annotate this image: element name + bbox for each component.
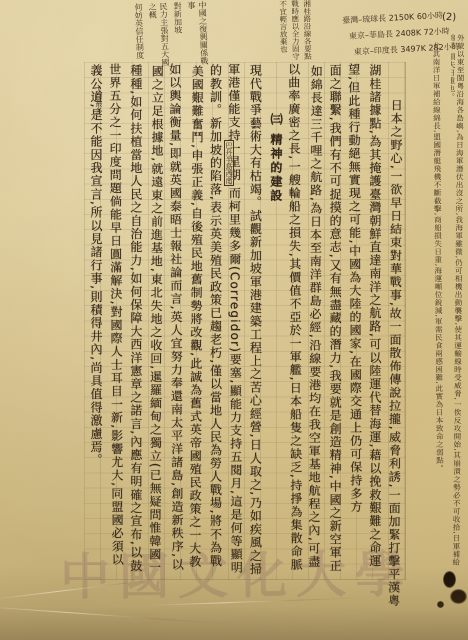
text-column: 如綿長達三千哩之航路,為日本至南洋群島必經,沿線要港均在我空軍基地航程之內,可盡… xyxy=(304,65,326,577)
annotation-column: 不宜輕言放棄也 xyxy=(277,0,288,60)
annotation-left-group: 中國之復興關係戰事 對新加坡 民力主張對五大國之概 何妨英信任制度 xyxy=(133,1,210,70)
manuscript-body: 日本之野心,一欲早日結束對華戰事,故一面散佈傳說拉攏,威脅利誘,一面加緊打擊平漢… xyxy=(86,64,404,576)
annotation-column: 何妨英信任制度 xyxy=(133,3,146,69)
annotation-column: 湘桂路沿線各要點 xyxy=(301,0,312,60)
text-column: 湖桂諸據點,為其掩護臺灣朝鮮直達南洋之航路,可以陸運代替海運,藉以挽救艱難之命運 xyxy=(365,64,384,576)
text-column: 種種,如何扶植當地人民之自治能力,如何保障大西洋憲章之諾言,內應有明確之宣布,以… xyxy=(126,64,145,576)
text-column: 國之立足根據地,就遠東之前進基地,東北失地之收回,暹羅緬甸之獨立(已無疑問惟韓國… xyxy=(144,65,166,577)
annotation-column: 戰時應以全力固守 xyxy=(289,0,300,60)
text-column: 世界五分之一印度問題倘能早日圓滿解決,對國際人士耳目一新,影響尤大,同盟國必須以… xyxy=(105,63,127,575)
text-column: 如以輿論衡量,即就英國泰晤士報社論而言,英人宜努力奉還南太平洋諸島,創造新秩序,… xyxy=(164,63,186,575)
text-column: 義公道,是不能因我宣言,所以見諸行事,則積得井內,尚具值得激慮焉。 xyxy=(86,64,105,576)
margin-note-inner: 尤其南洋日軍補給線綿長,盟國潛艇飛機不斷截擊,商船損失日重,海運噸位銳減,軍需民… xyxy=(427,42,445,547)
margin-note-outer: 外蒙以東至閩粵沿海各島嶼,為日海軍潛伏出沒之所,我海軍雖微,仍可相機出動襲擊,使… xyxy=(447,34,466,574)
text-column: 現代戰爭藝術大有枯竭。試觀新加坡軍港建築工程上之苦心經營,日人取之,乃如疾風之掃… xyxy=(245,64,264,576)
text-column: 的教訓。新加坡的陷落,表示英美殖民政策已趨老朽,僅以當地人民為勞人戰場,將不為戰… xyxy=(206,64,225,576)
annotation-column: 中國之復興關係戰事 xyxy=(186,1,210,68)
section-heading-column: ㈢ 精神的建設 xyxy=(264,65,286,625)
text-column: 以曲率廣密之長,一艘輪船之損失,其價值不亞於一軍艦,日本船隻之缺乏,持掙為集散命… xyxy=(284,63,306,575)
annotation-column: 民力主張對五大國之概 xyxy=(147,2,171,69)
manuscript-page: 中國文化大學 日本之野心,一欲早日結束對華戰事,故一面散佈傳說拉攏,威脅利誘,一… xyxy=(0,0,468,640)
text-column: 面之聯繫,我們有不可捉摸的意志,又有無盡藏的潛力,我要就是創造精神,中國之新空軍… xyxy=(325,64,344,576)
paper-bottom-shade xyxy=(0,566,468,640)
inline-note-boxed: 巴丹半島西南 xyxy=(224,140,234,186)
annotation-column: 對新加坡 xyxy=(172,2,185,68)
text-column: 美國艱難奮鬥,申張正義,自後殖民地舊制勢將改觀,此誠為舊式英帝國殖民政策之一大教… xyxy=(184,65,206,577)
inline-note-small: 人口最多 xyxy=(95,86,103,114)
page-number: (2) xyxy=(442,12,457,24)
text-column: 望,但此種行動絕無實現之可能,中國為大陸的國家,在國際交通上仍可保持多方 xyxy=(344,63,366,575)
text-column: 日本之野心,一欲早日結束對華戰事,故一面散佈傳說拉攏,威脅利誘,一面加緊打擊平漢… xyxy=(383,65,405,611)
annotation-middle-group: 湘桂路沿線各要點 戰時應以全力固守 不宜輕言放棄也 xyxy=(277,0,312,60)
